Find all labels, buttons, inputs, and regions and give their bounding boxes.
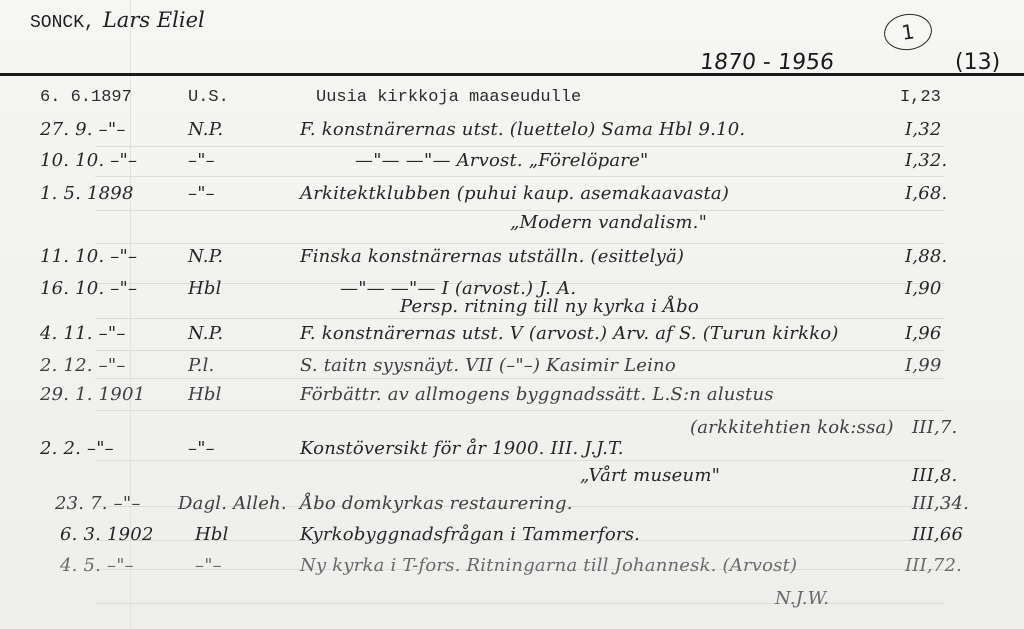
life-dates: 1870 - 1956	[699, 50, 836, 75]
entry-row: 10. 10. –"– –"– —"— —"— Arvost. „Förelöp…	[0, 150, 1024, 176]
entry-date: 11. 10. –"–	[40, 246, 137, 267]
entry-title: F. konstnärernas utst. (luettelo) Sama H…	[300, 119, 745, 140]
entry-title: Finska konstnärernas utställn. (esittely…	[300, 246, 684, 267]
entry-source: –"–	[188, 438, 215, 459]
entry-title: Åbo domkyrkas restaurering.	[300, 493, 573, 514]
entry-row: 23. 7. –"– Dagl. Alleh. Åbo domkyrkas re…	[0, 493, 1024, 519]
entry-ref: I,68.	[905, 183, 947, 204]
entry-row: 4. 11. –"– N.P. F. konstnärernas utst. V…	[0, 323, 1024, 349]
ruled-line	[95, 410, 944, 411]
entry-date: 23. 7. –"–	[55, 493, 141, 514]
entry-source: –"–	[188, 183, 215, 204]
entry-title: Persp. ritning till ny kyrka i Åbo	[400, 296, 699, 317]
entry-ref: I,32.	[905, 150, 947, 171]
ruled-line	[95, 146, 944, 147]
circled-card-number: 1	[882, 11, 935, 53]
given-names: Lars Eliel	[103, 8, 205, 32]
ruled-line	[95, 210, 944, 211]
entry-date: 29. 1. 1901	[40, 384, 145, 405]
entry-count: (13)	[955, 50, 1000, 75]
entry-ref: III,7.	[912, 417, 957, 438]
entry-ref: I,23	[900, 88, 941, 107]
entry-row: 11. 10. –"– N.P. Finska konstnärernas ut…	[0, 246, 1024, 272]
signature-initials: N.J.W.	[775, 588, 829, 609]
entry-title: Ny kyrka i T-fors. Ritningarna till Joha…	[300, 555, 797, 576]
entry-row: 2. 12. –"– P.l. S. taitn syysnäyt. VII (…	[0, 355, 1024, 381]
entry-continuation: „Modern vandalism."	[0, 212, 1024, 238]
entry-ref: I,96	[905, 323, 942, 344]
entry-source: Dagl. Alleh.	[178, 493, 287, 514]
ruled-line	[95, 176, 944, 177]
entry-source: –"–	[195, 555, 222, 576]
entry-date: 6. 6.1897	[40, 88, 132, 107]
entry-source: Hbl	[195, 524, 229, 545]
entry-date: 1. 5. 1898	[40, 183, 134, 204]
circled-number-text: 1	[900, 19, 916, 45]
entry-continuation: „Vårt museum" III,8.	[0, 465, 1024, 491]
entry-title: „Vårt museum"	[580, 465, 720, 486]
entry-source: P.l.	[188, 355, 214, 376]
ruled-line	[95, 350, 944, 351]
entry-title: Förbättr. av allmogens byggnadssätt. L.S…	[300, 384, 774, 405]
entry-ref: I,88.	[905, 246, 947, 267]
entry-source: N.P.	[188, 246, 223, 267]
entry-date: 6. 3. 1902	[60, 524, 154, 545]
entry-title: Uusia kirkkoja maaseudulle	[316, 88, 581, 107]
entry-title: S. taitn syysnäyt. VII (–"–) Kasimir Lei…	[300, 355, 676, 376]
entry-title: (arkkitehtien kok:ssa)	[690, 417, 894, 438]
entry-title: „Modern vandalism."	[510, 212, 707, 233]
entry-row: 2. 2. –"– –"– Konstöversikt för år 1900.…	[0, 438, 1024, 464]
entry-title: F. konstnärernas utst. V (arvost.) Arv. …	[300, 323, 839, 344]
entry-ref: I,32	[905, 119, 942, 140]
entry-date: 2. 2. –"–	[40, 438, 114, 459]
entry-continuation: Persp. ritning till ny kyrka i Åbo	[0, 296, 1024, 322]
entry-ref: I,99	[905, 355, 942, 376]
entry-row: 4. 5. –"– –"– Ny kyrka i T-fors. Ritning…	[0, 555, 1024, 581]
entry-row: 6. 6.1897 U.S. Uusia kirkkoja maaseudull…	[0, 88, 1024, 114]
entry-ref: III,72.	[905, 555, 962, 576]
entry-row: 1. 5. 1898 –"– Arkitektklubben (puhui ka…	[0, 183, 1024, 209]
index-card: SONCK, Lars Eliel 1870 - 1956 1 (13) 6. …	[0, 0, 1024, 629]
entry-ref: III,34.	[912, 493, 969, 514]
entry-ref: III,8.	[912, 465, 957, 486]
entry-source: N.P.	[188, 119, 223, 140]
entry-date: 4. 11. –"–	[40, 323, 126, 344]
card-heading-name: SONCK, Lars Eliel	[30, 8, 205, 33]
entry-row: 27. 9. –"– N.P. F. konstnärernas utst. (…	[0, 119, 1024, 145]
entry-title: —"— —"— Arvost. „Förelöpare"	[355, 150, 648, 171]
ruled-line	[95, 243, 944, 244]
entry-date: 27. 9. –"–	[40, 119, 126, 140]
entry-source: N.P.	[188, 323, 223, 344]
entry-source: –"–	[188, 150, 215, 171]
entry-date: 10. 10. –"–	[40, 150, 137, 171]
entry-source: Hbl	[188, 384, 222, 405]
entry-title: Kyrkobyggnadsfrågan i Tammerfors.	[300, 524, 640, 545]
entry-title: Arkitektklubben (puhui kaup. asemakaavas…	[300, 183, 729, 204]
entry-continuation: N.J.W.	[0, 588, 1024, 614]
surname: SONCK,	[30, 13, 95, 33]
entry-date: 2. 12. –"–	[40, 355, 126, 376]
entry-row: 29. 1. 1901 Hbl Förbättr. av allmogens b…	[0, 384, 1024, 410]
entry-source: U.S.	[188, 88, 229, 107]
entry-title: Konstöversikt för år 1900. III. J.J.T.	[300, 438, 624, 459]
header-rule	[0, 73, 1024, 76]
entry-ref: III,66	[912, 524, 963, 545]
entry-date: 4. 5. –"–	[60, 555, 134, 576]
entry-row: 6. 3. 1902 Hbl Kyrkobyggnadsfrågan i Tam…	[0, 524, 1024, 550]
